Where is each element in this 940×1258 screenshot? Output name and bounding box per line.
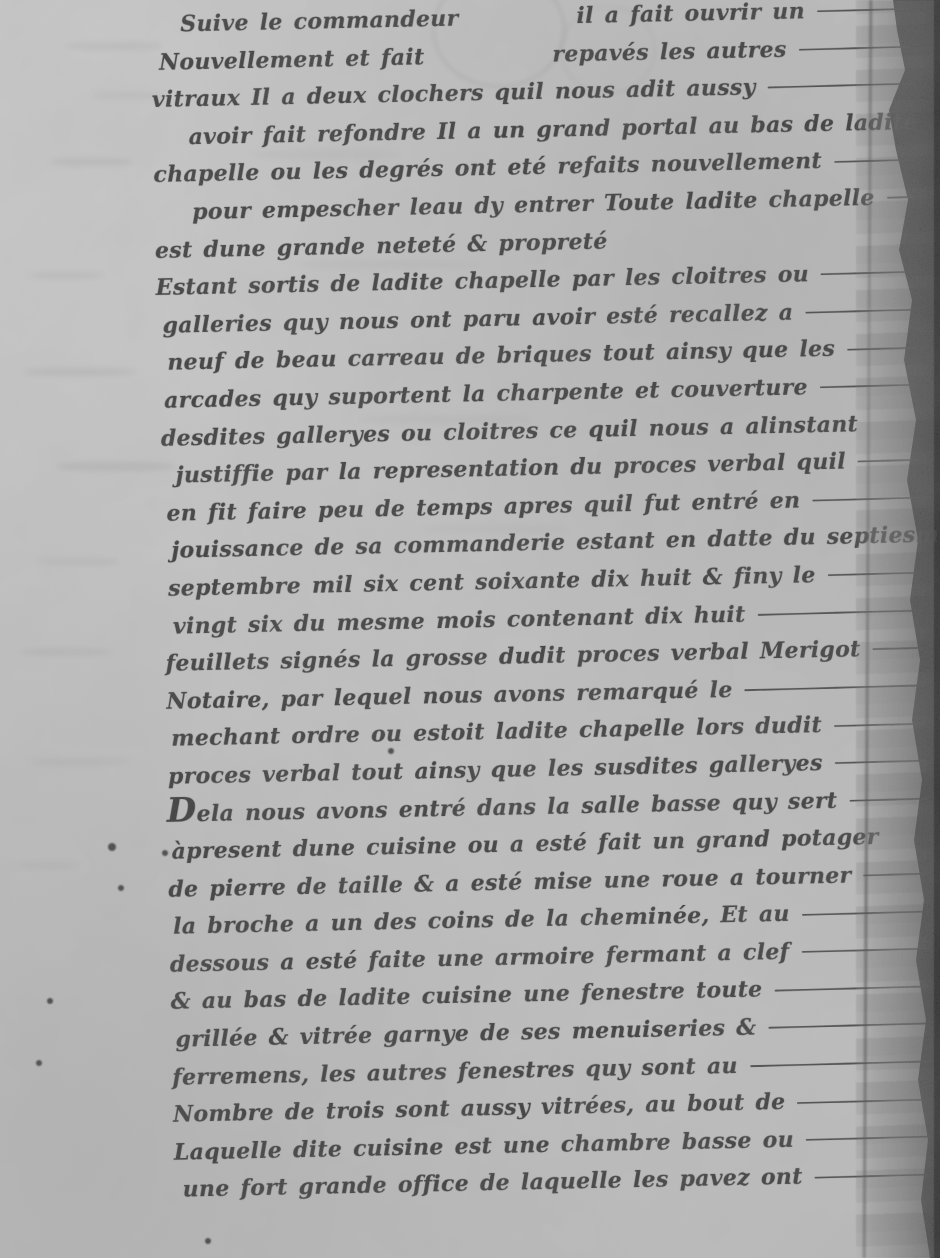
bleedthrough-smudge (50, 158, 134, 166)
bleedthrough-smudge (66, 42, 162, 50)
bleedthrough-smudge (38, 558, 120, 565)
manuscript-line-text: Suive le commandeur (180, 6, 459, 38)
manuscript-text-block: Suive le commandeuril a fait ouvrir unNo… (150, 0, 937, 1215)
bleedthrough-smudge (30, 272, 104, 279)
faded-gap (425, 61, 553, 64)
decorated-initial: D (166, 791, 197, 832)
ink-spot (108, 843, 116, 851)
ink-spot (162, 850, 168, 856)
manuscript-line-text: repavés les autres (552, 36, 787, 67)
bleedthrough-smudge (16, 862, 78, 869)
ink-spot (205, 1238, 211, 1244)
ink-spot (47, 998, 53, 1004)
manuscript-scan-page: Suive le commandeuril a fait ouvrir unNo… (0, 0, 940, 1258)
ink-spot (118, 885, 124, 891)
manuscript-line-text: il a fait ouvrir un (576, 0, 805, 29)
bleedthrough-smudge (56, 462, 176, 471)
ink-spot (36, 1060, 42, 1066)
bleedthrough-smudge (24, 368, 136, 376)
faded-gap (459, 23, 577, 25)
manuscript-line-text: Nouvellement et fait (159, 44, 425, 76)
ink-spot (388, 748, 394, 754)
bleedthrough-smudge (30, 758, 130, 766)
bleedthrough-smudge (20, 648, 112, 656)
